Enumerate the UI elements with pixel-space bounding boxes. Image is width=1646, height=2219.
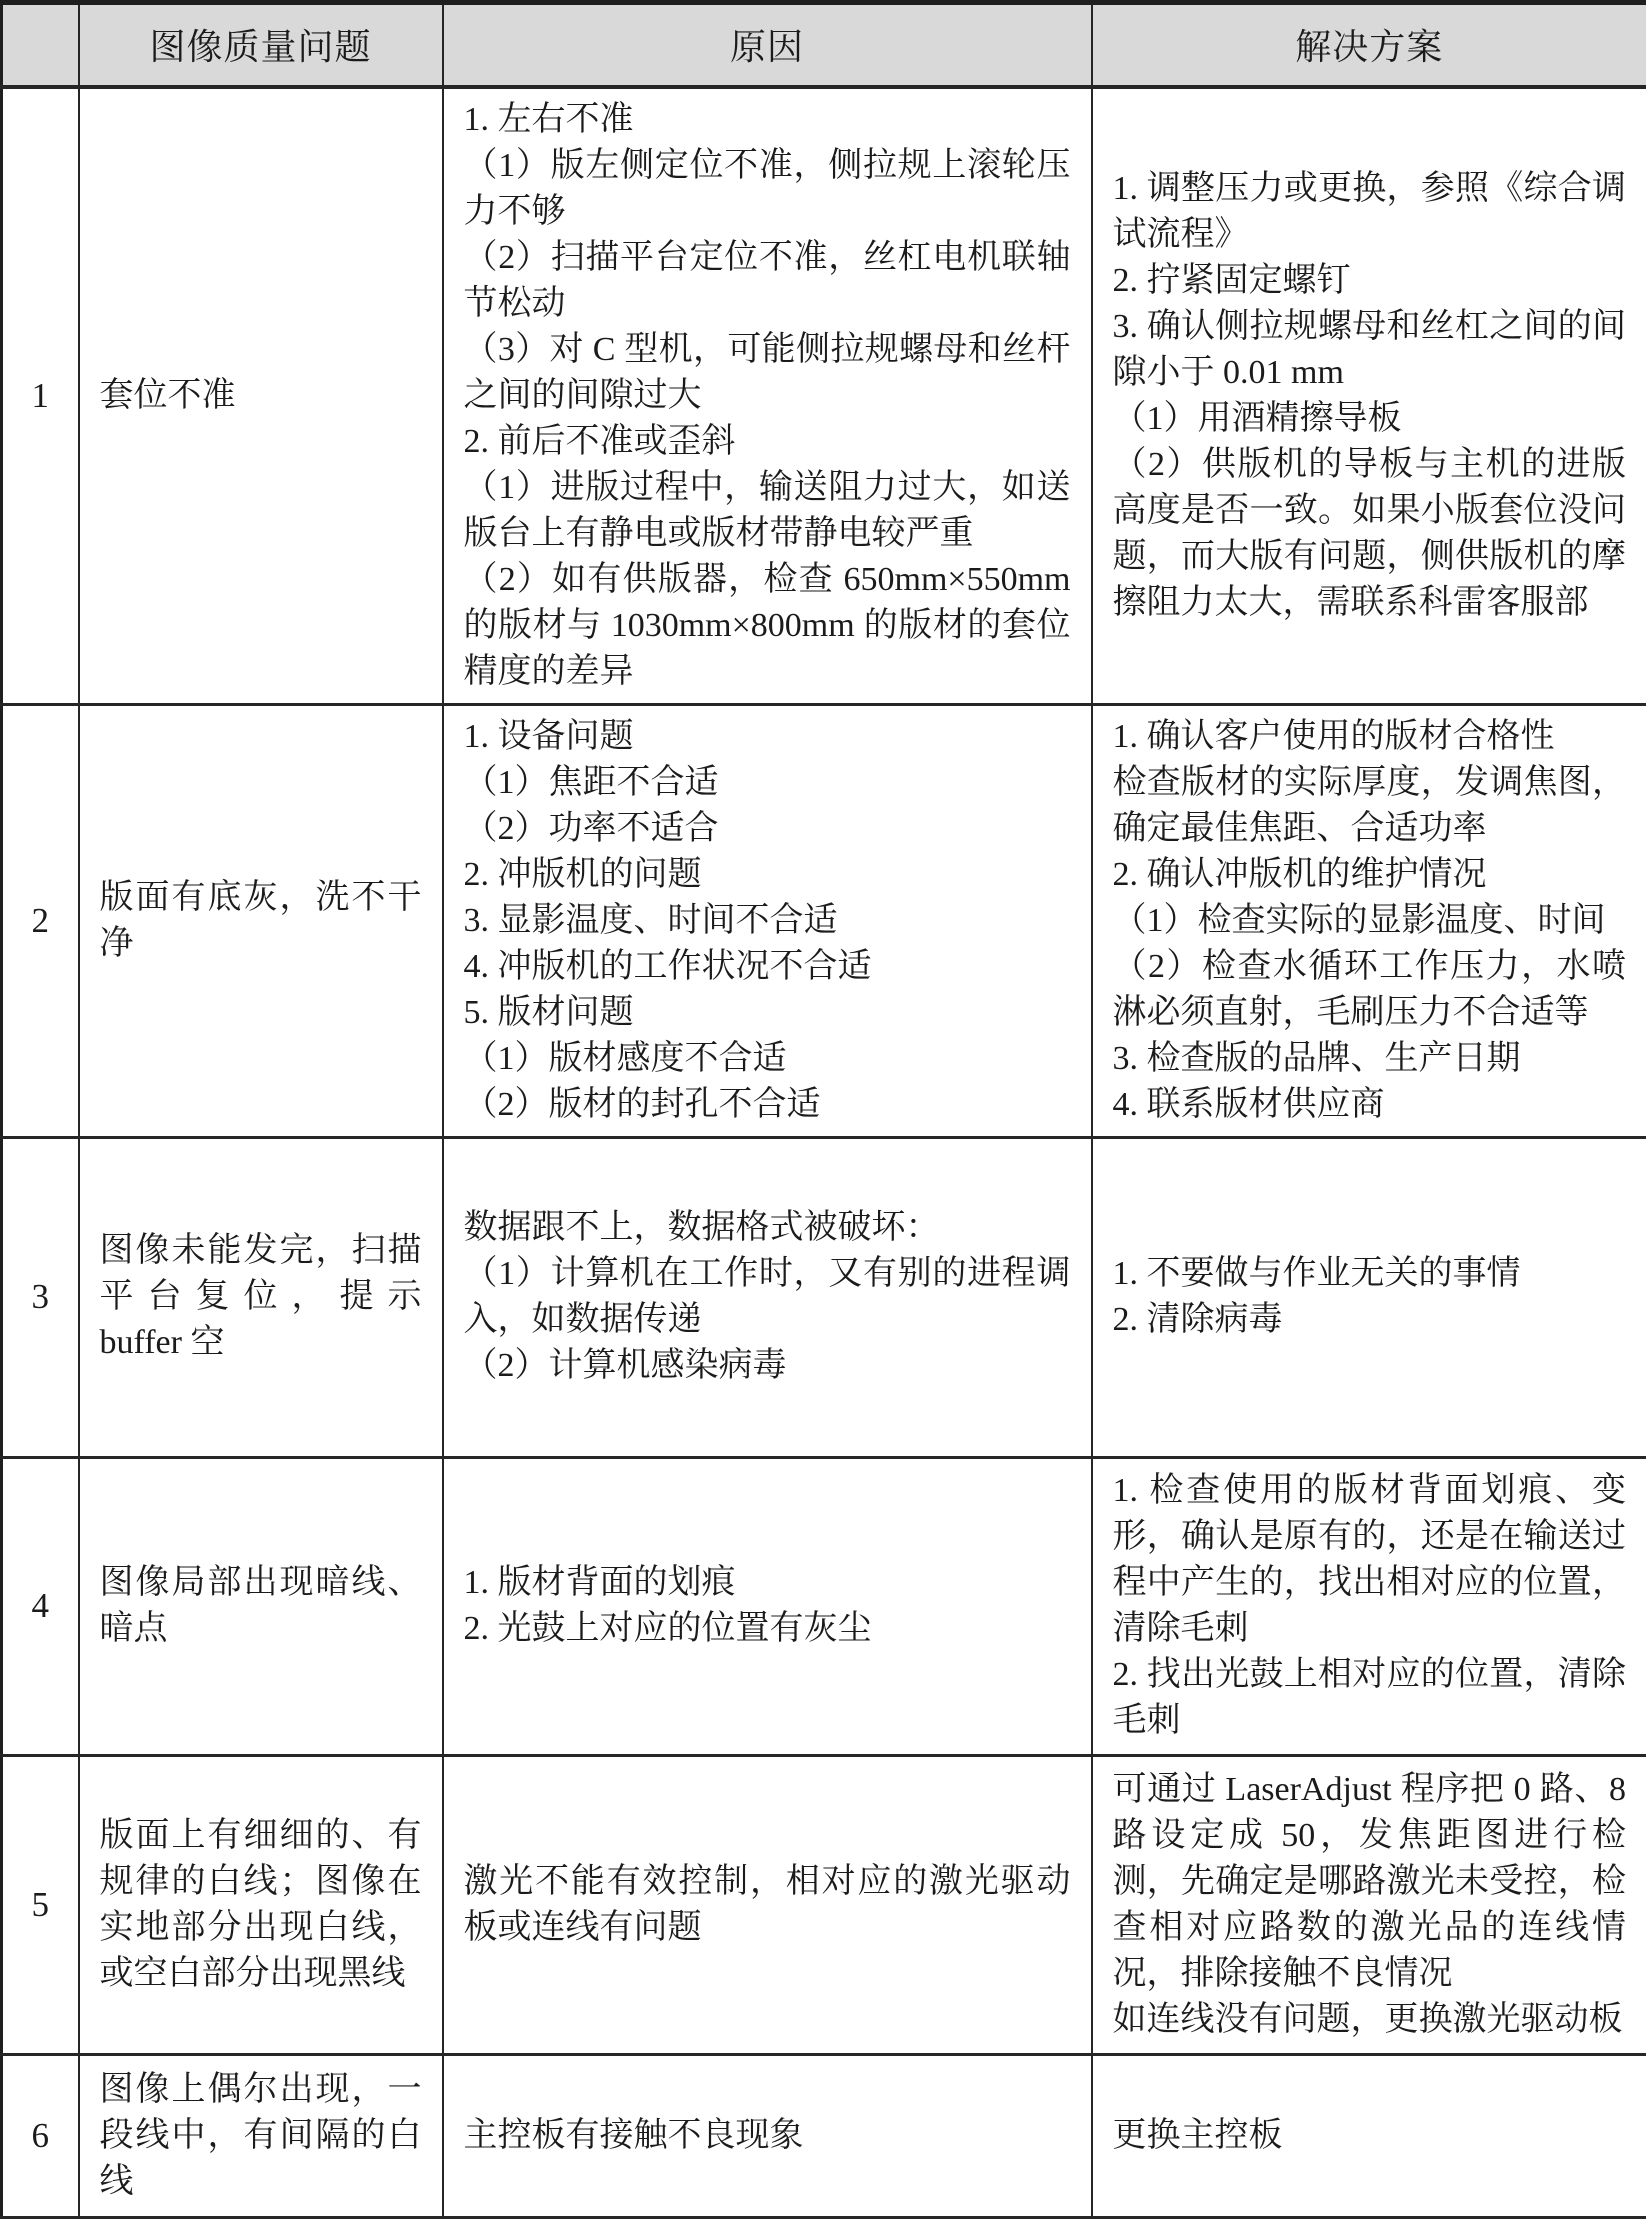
text-line: 激光不能有效控制，相对应的激光驱动板或连线有问题 [464,1859,1071,1951]
text-line: （2）供版机的导板与主机的进版高度是否一致。如果小版套位没问题，而大版有问题，侧… [1113,442,1627,626]
text-line: 1. 版材背面的划痕 [464,1560,1071,1606]
text-line: 主控板有接触不良现象 [464,2113,1071,2159]
text-line: 2. 确认冲版机的维护情况 [1113,852,1627,898]
table-row: 6 图像上偶尔出现，一段线中，有间隔的白线 主控板有接触不良现象 更换主控板 [2,2054,1646,2217]
cause-cell: 1. 版材背面的划痕2. 光鼓上对应的位置有灰尘 [443,1457,1092,1755]
text-line: （2）检查水循环工作压力，水喷淋必须直射，毛刷压力不合适等 [1113,944,1627,1036]
cause-cell: 1. 左右不准（1）版左侧定位不准，侧拉规上滚轮压力不够（2）扫描平台定位不准，… [443,87,1092,705]
text-line: 3. 显影温度、时间不合适 [464,898,1071,944]
text-line: 2. 冲版机的问题 [464,852,1071,898]
text-line: 2. 光鼓上对应的位置有灰尘 [464,1606,1071,1652]
text-line: （1）焦距不合适 [464,760,1071,806]
solution-cell: 1. 调整压力或更换，参照《综合调试流程》2. 拧紧固定螺钉3. 确认侧拉规螺母… [1092,87,1646,705]
table-row: 3 图像未能发完，扫描平台复位，提示 buffer 空 数据跟不上，数据格式被破… [2,1137,1646,1457]
problem-cell: 图像未能发完，扫描平台复位，提示 buffer 空 [79,1137,443,1457]
text-line: 可通过 LaserAdjust 程序把 0 路、8 路设定成 50，发焦距图进行… [1113,1767,1627,1997]
text-line: （3）对 C 型机，可能侧拉规螺母和丝杆之间的间隙过大 [464,327,1071,419]
row-number: 6 [2,2054,79,2217]
header-row: 图像质量问题 原因 解决方案 [2,3,1646,87]
problem-cell: 套位不准 [79,87,443,705]
solution-cell: 1. 不要做与作业无关的事情2. 清除病毒 [1092,1137,1646,1457]
table-row: 4 图像局部出现暗线、暗点 1. 版材背面的划痕2. 光鼓上对应的位置有灰尘 1… [2,1457,1646,1755]
text-line: （1）用酒精擦导板 [1113,396,1627,442]
row-number: 2 [2,704,79,1137]
row-number: 4 [2,1457,79,1755]
text-line: （2）扫描平台定位不准，丝杠电机联轴节松动 [464,235,1071,327]
text-line: 5. 版材问题 [464,990,1071,1036]
text-line: 更换主控板 [1113,2113,1627,2159]
text-line: （1）检查实际的显影温度、时间 [1113,898,1627,944]
text-line: 2. 找出光鼓上相对应的位置，清除毛刺 [1113,1652,1627,1744]
troubleshooting-table: 图像质量问题 原因 解决方案 1 套位不准 1. 左右不准（1）版左侧定位不准，… [0,0,1646,2219]
solution-cell: 可通过 LaserAdjust 程序把 0 路、8 路设定成 50，发焦距图进行… [1092,1755,1646,2054]
text-line: 3. 检查版的品牌、生产日期 [1113,1036,1627,1082]
text-line: （1）版材感度不合适 [464,1036,1071,1082]
text-line: （1）版左侧定位不准，侧拉规上滚轮压力不够 [464,143,1071,235]
text-line: 1. 确认客户使用的版材合格性 [1113,714,1627,760]
text-line: （2）功率不适合 [464,806,1071,852]
row-number: 5 [2,1755,79,2054]
text-line: （2）版材的封孔不合适 [464,1082,1071,1128]
header-cell-cause: 原因 [443,3,1092,87]
text-line: 数据跟不上，数据格式被破坏： [464,1205,1071,1251]
text-line: 1. 左右不准 [464,97,1071,143]
text-line: 2. 清除病毒 [1113,1297,1627,1343]
solution-cell: 更换主控板 [1092,2054,1646,2217]
header-cell-problem: 图像质量问题 [79,3,443,87]
text-line: 3. 确认侧拉规螺母和丝杠之间的间隙小于 0.01 mm [1113,304,1627,396]
row-number: 1 [2,87,79,705]
cause-cell: 1. 设备问题（1）焦距不合适（2）功率不适合2. 冲版机的问题3. 显影温度、… [443,704,1092,1137]
text-line: 1. 调整压力或更换，参照《综合调试流程》 [1113,166,1627,258]
row-number: 3 [2,1137,79,1457]
text-line: 2. 拧紧固定螺钉 [1113,258,1627,304]
problem-cell: 图像上偶尔出现，一段线中，有间隔的白线 [79,2054,443,2217]
problem-cell: 版面有底灰，洗不干净 [79,704,443,1137]
solution-cell: 1. 检查使用的版材背面划痕、变形，确认是原有的，还是在输送过程中产生的，找出相… [1092,1457,1646,1755]
cause-cell: 激光不能有效控制，相对应的激光驱动板或连线有问题 [443,1755,1092,2054]
text-line: （2）如有供版器，检查 650mm×550mm 的版材与 1030mm×800m… [464,557,1071,695]
text-line: （1）进版过程中，输送阻力过大，如送版台上有静电或版材带静电较严重 [464,465,1071,557]
solution-cell: 1. 确认客户使用的版材合格性检查版材的实际厚度，发调焦图，确定最佳焦距、合适功… [1092,704,1646,1137]
text-line: 4. 冲版机的工作状况不合适 [464,944,1071,990]
document-page: 图像质量问题 原因 解决方案 1 套位不准 1. 左右不准（1）版左侧定位不准，… [0,0,1646,2198]
cause-cell: 主控板有接触不良现象 [443,2054,1092,2217]
text-line: 检查版材的实际厚度，发调焦图，确定最佳焦距、合适功率 [1113,760,1627,852]
text-line: 1. 检查使用的版材背面划痕、变形，确认是原有的，还是在输送过程中产生的，找出相… [1113,1468,1627,1652]
table-row: 5 版面上有细细的、有规律的白线；图像在实地部分出现白线，或空白部分出现黑线 激… [2,1755,1646,2054]
text-line: 如连线没有问题，更换激光驱动板 [1113,1997,1627,2043]
text-line: 2. 前后不准或歪斜 [464,419,1071,465]
header-cell-num [2,3,79,87]
cause-cell: 数据跟不上，数据格式被破坏：（1）计算机在工作时，又有别的进程调入，如数据传递（… [443,1137,1092,1457]
header-cell-solution: 解决方案 [1092,3,1646,87]
text-line: 1. 设备问题 [464,714,1071,760]
table-row: 2 版面有底灰，洗不干净 1. 设备问题（1）焦距不合适（2）功率不适合2. 冲… [2,704,1646,1137]
table-row: 1 套位不准 1. 左右不准（1）版左侧定位不准，侧拉规上滚轮压力不够（2）扫描… [2,87,1646,705]
text-line: （2）计算机感染病毒 [464,1343,1071,1389]
text-line: （1）计算机在工作时，又有别的进程调入，如数据传递 [464,1251,1071,1343]
problem-cell: 版面上有细细的、有规律的白线；图像在实地部分出现白线，或空白部分出现黑线 [79,1755,443,2054]
text-line: 1. 不要做与作业无关的事情 [1113,1251,1627,1297]
problem-cell: 图像局部出现暗线、暗点 [79,1457,443,1755]
text-line: 4. 联系版材供应商 [1113,1082,1627,1128]
